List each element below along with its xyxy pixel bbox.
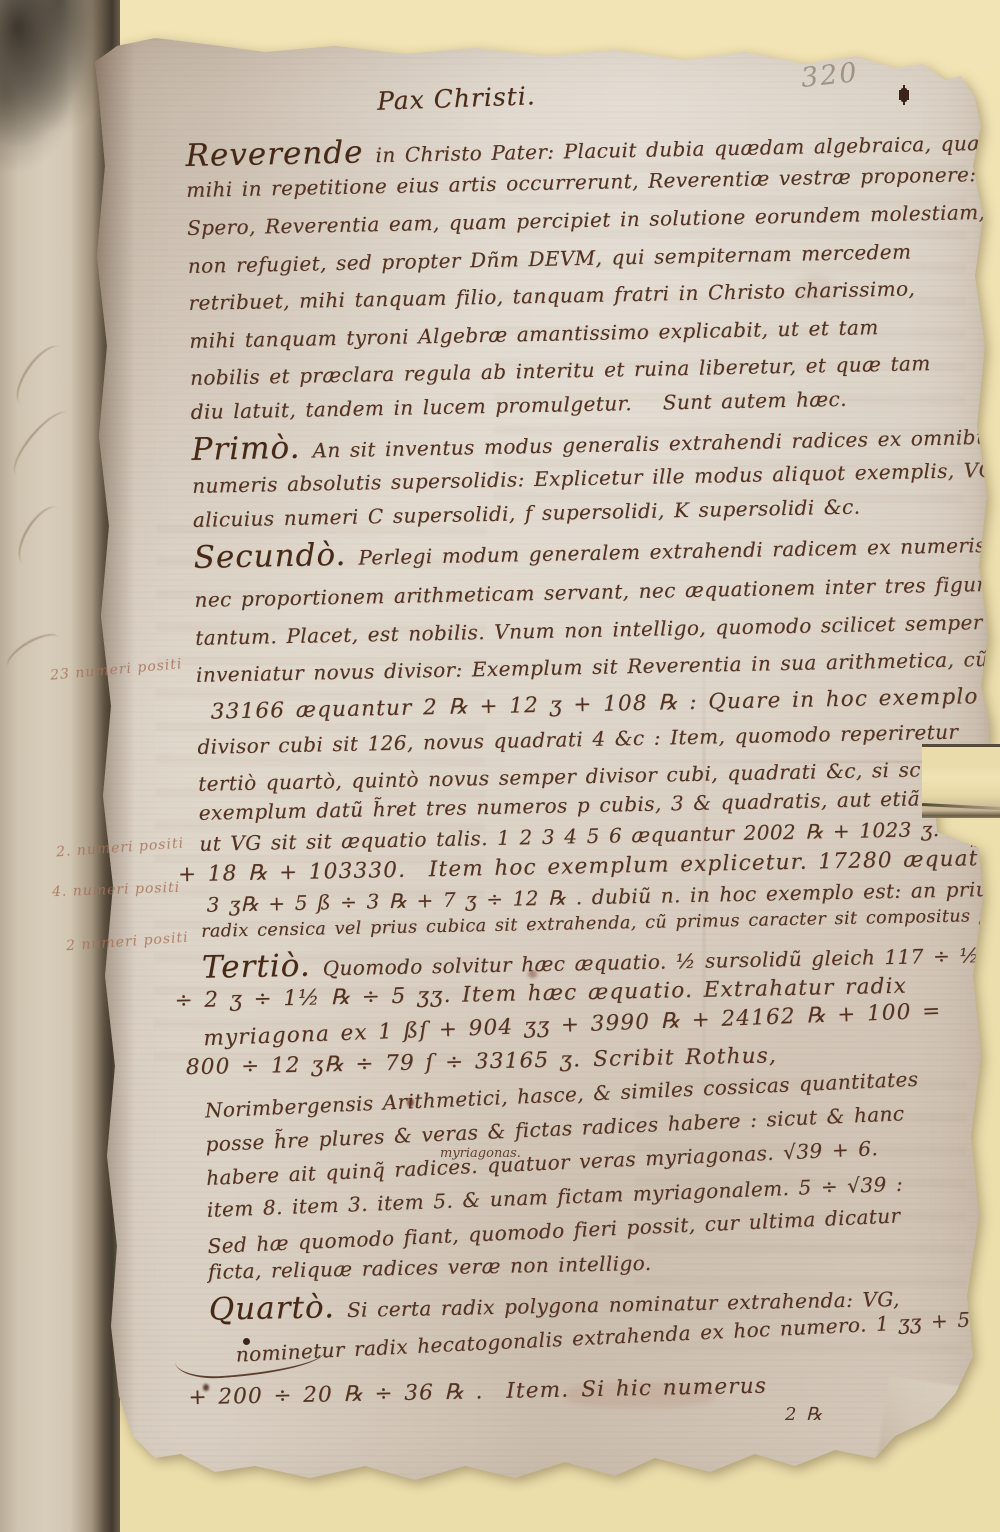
gutter-writing-fragment xyxy=(10,500,72,573)
page-vignette xyxy=(95,26,990,1511)
binding-corner-shadow xyxy=(0,0,102,170)
manuscript-page-wrap: Pax Christi. 320 Reverendein Christo Pat… xyxy=(95,26,990,1511)
manuscript-photo: Pax Christi. 320 Reverendein Christo Pat… xyxy=(0,0,1000,1532)
bookmark-tab xyxy=(922,744,1000,818)
gutter-writing-fragment xyxy=(8,338,74,414)
manuscript-page: Pax Christi. 320 Reverendein Christo Pat… xyxy=(95,26,990,1511)
gutter-writing-fragment xyxy=(6,404,79,483)
